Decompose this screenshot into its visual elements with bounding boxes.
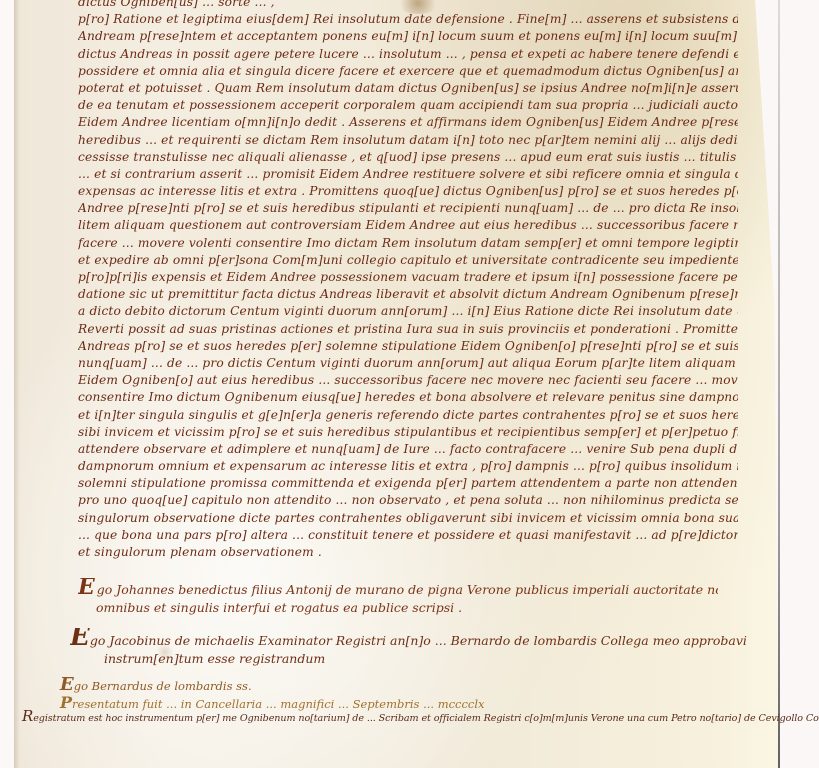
text-line: expensas ac interesse litis et extra . P… bbox=[78, 183, 738, 200]
text-line: nunq[uam] ... de ... pro dictis Centum v… bbox=[78, 355, 738, 372]
confirmation-line-2: instrum[en]tum esse registrandum bbox=[70, 650, 750, 668]
text-line: sibi invicem et vicissim p[ro] se et sui… bbox=[78, 424, 738, 441]
text-line: poterat et potuisset . Quam Rem insolutu… bbox=[78, 80, 738, 97]
confirmation-line-1: Ego Jacobinus de michaelis Examinator Re… bbox=[70, 628, 750, 650]
text-line: pro uno quoq[ue] capitulo non attendito … bbox=[78, 492, 738, 509]
subscription-line-1: Ego Johannes benedictus filius Antonij d… bbox=[78, 578, 718, 599]
registration-note: Registratum est hoc instrumentum p[er] m… bbox=[22, 707, 819, 725]
text-line: Reverti possit ad suas pristinas actione… bbox=[78, 321, 738, 338]
text-line: p[ro]p[ri]is expensis et Eidem Andree po… bbox=[78, 269, 738, 286]
text-line: Eidem Andree licentiam o[mn]i[n]o dedit … bbox=[78, 114, 738, 131]
text-line: litem aliquam questionem aut controversi… bbox=[78, 217, 738, 234]
text-line: et expedire ab omni p[er]sona Com[m]uni … bbox=[78, 252, 738, 269]
text-line: datione sic ut premittitur facta dictus … bbox=[78, 286, 738, 303]
text-line: heredibus ... et requirenti se dictam Re… bbox=[78, 132, 738, 149]
subscription-text: go Johannes benedictus filius Antonij de… bbox=[97, 582, 718, 597]
text-line: p[ro] Ratione et legiptima eius[dem] Rei… bbox=[78, 11, 738, 28]
text-line: attendere observare et adimplere et nunq… bbox=[78, 441, 738, 458]
text-line: et singulorum plenam observationem . bbox=[78, 544, 738, 561]
text-line: solemni stipulatione promissa committend… bbox=[78, 475, 738, 492]
text-line: consentire Imo dictum Ognibenum eiusq[ue… bbox=[78, 389, 738, 406]
confirmation-text: go Bernardus de lombardis ss. bbox=[74, 679, 252, 693]
notary-subscription: Ego Johannes benedictus filius Antonij d… bbox=[78, 578, 718, 617]
decorated-initial: E bbox=[70, 628, 90, 650]
decorated-initial: R bbox=[22, 707, 33, 725]
text-line: facere ... movere volenti consentire Imo… bbox=[78, 235, 738, 252]
parchment-right-edge bbox=[778, 0, 780, 768]
confirmation-text: go Jacobinus de michaelis Examinator Reg… bbox=[90, 633, 750, 648]
colleague-confirmation: Ego Bernardus de lombardis ss. bbox=[60, 674, 252, 695]
decorated-initial: E bbox=[60, 674, 74, 695]
text-line: dictus Andreas in possit agere petere lu… bbox=[78, 46, 738, 63]
text-line: singulorum observatione dicte partes con… bbox=[78, 510, 738, 527]
text-line: Andreas p[ro] se et suos heredes p[er] s… bbox=[78, 338, 738, 355]
parchment-left-edge bbox=[14, 0, 20, 768]
text-line: a dicto debito dictorum Centum viginti d… bbox=[78, 303, 738, 320]
main-text-body: dictus Ogniben[us] ... sorte ... , p[ro]… bbox=[78, 0, 738, 561]
text-line: ... que bona una pars p[ro] altera ... c… bbox=[78, 527, 738, 544]
text-line: dampnorum omnium et expensarum ac intere… bbox=[78, 458, 738, 475]
text-line: de ea tenutam et possessionem acceperit … bbox=[78, 97, 738, 114]
decorated-initial: E bbox=[78, 578, 95, 599]
subscription-line-2: omnibus et singulis interfui et rogatus … bbox=[78, 599, 718, 617]
text-line: possidere et omnia alia et singula dicer… bbox=[78, 63, 738, 80]
text-line: Andree p[rese]nti p[ro] se et suis hered… bbox=[78, 200, 738, 217]
text-line: ... et si contrarium asserit ... promisi… bbox=[78, 166, 738, 183]
text-line: et i[n]ter singula singulis et g[e]n[er]… bbox=[78, 407, 738, 424]
text-line: cessisse transtulisse nec aliquali alien… bbox=[78, 149, 738, 166]
text-line: dictus Ogniben[us] ... sorte ... , bbox=[78, 0, 738, 11]
text-line: Eidem Ogniben[o] aut eius heredibus ... … bbox=[78, 372, 738, 389]
registration-text: egistratum est hoc instrumentum p[er] me… bbox=[33, 713, 819, 724]
examiner-confirmation: Ego Jacobinus de michaelis Examinator Re… bbox=[70, 628, 750, 668]
text-line: Andream p[rese]ntem et acceptantem ponen… bbox=[78, 28, 738, 45]
